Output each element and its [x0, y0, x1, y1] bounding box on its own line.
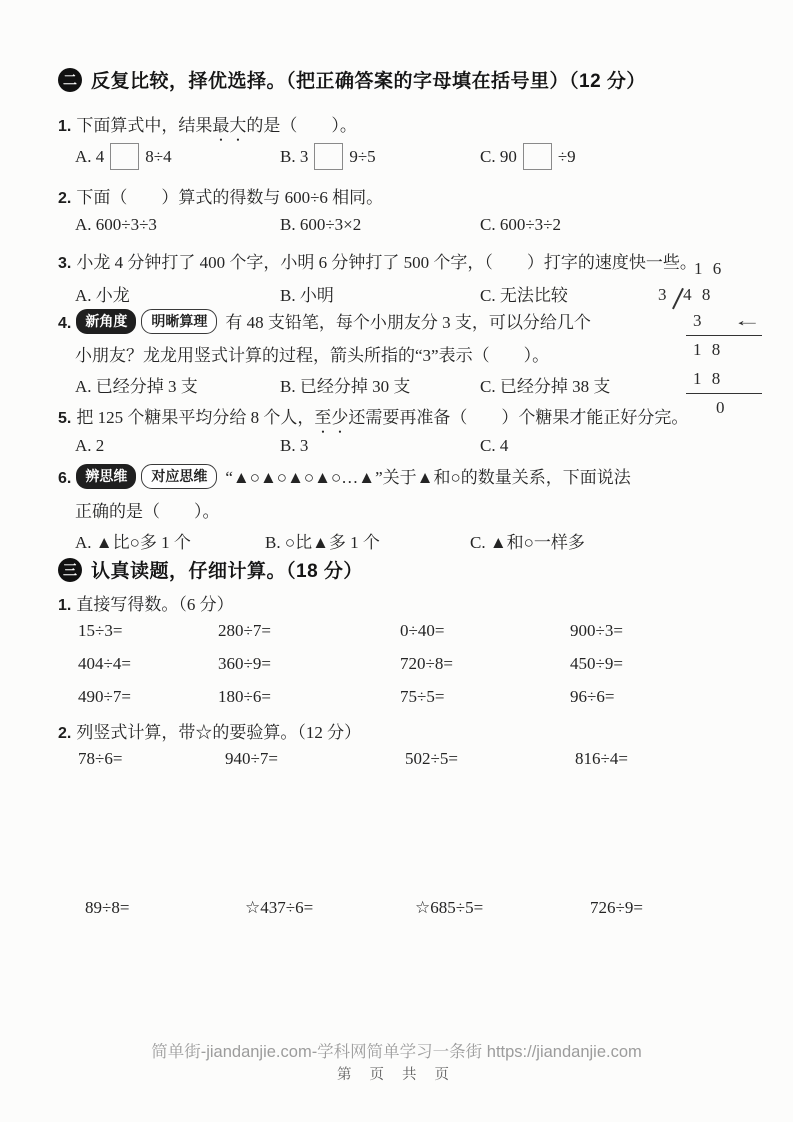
question-3-number: 3.	[58, 255, 71, 272]
worksheet-page: 二 反复比较，择优选择。（把正确答案的字母填在括号里）（12 分） 1.下面算式…	[0, 0, 793, 1122]
vertical-problem: 89÷8=	[85, 898, 245, 918]
question-1-option-c: C. 90÷9	[480, 143, 735, 173]
question-1: 1.下面算式中，结果最大的是（ ）。	[58, 111, 357, 145]
division-divisor: 3	[658, 282, 670, 308]
section-calc-header: 三 认真读题，仔细计算。（18 分）	[58, 556, 363, 583]
oral-calc-row-3: 490÷7= 180÷6= 75÷5= 96÷6=	[78, 687, 778, 707]
vertical-calc-number: 2.	[58, 725, 71, 742]
vertical-problem: ☆437÷6=	[245, 898, 415, 918]
question-6-number: 6.	[58, 470, 71, 487]
section-choice-title: 反复比较，择优选择。（把正确答案的字母填在括号里）（12 分）	[91, 66, 646, 93]
question-5-option-b: B. 3	[280, 436, 480, 456]
division-step1: 3 ←	[693, 308, 765, 334]
section-calc-title: 认真读题，仔细计算。（18 分）	[91, 556, 363, 583]
question-1-options: A. 48÷4 B. 39÷5 C. 90÷9	[75, 141, 735, 175]
vertical-calc-instruction: 2.列竖式计算，带☆的要验算。（12 分）	[58, 718, 361, 743]
question-3: 3.小龙 4 分钟打了 400 个字，小明 6 分钟打了 500 个字，（ ）打…	[58, 248, 697, 273]
footer-site-link: 简单街-jiandanjie.com-学科网简单学习一条街 https://ji…	[0, 1038, 793, 1062]
question-3-option-b: B. 小明	[280, 281, 480, 306]
vertical-problem: 726÷9=	[590, 898, 785, 918]
oral-calc-instruction: 1.直接写得数。（6 分）	[58, 590, 234, 615]
section-two-circle-icon: 二	[58, 68, 82, 92]
division-rule-line	[686, 393, 762, 394]
question-6-option-b: B. ○比▲多 1 个	[265, 528, 470, 553]
oral-problem: 450÷9=	[570, 654, 778, 674]
oral-problem: 15÷3=	[78, 621, 218, 641]
oral-problem: 280÷7=	[218, 621, 400, 641]
division-remainder: 0	[716, 395, 765, 421]
oral-problem: 404÷4=	[78, 654, 218, 674]
question-5-options: A. 2 B. 3 C. 4	[75, 436, 735, 456]
question-2-text: 下面（ ）算式的得数与 600÷6 相同。	[76, 188, 383, 207]
question-5-text: 把 125 个糖果平均分给 8 个人，至少还需要再准备（ ）个糖果才能正好分完。	[76, 408, 688, 427]
division-dividend: 4 8	[683, 282, 713, 308]
oral-problem: 96÷6=	[570, 687, 778, 707]
question-6-text-line1: “▲○▲○▲○▲○…▲”关于▲和○的数量关系，下面说法	[225, 468, 630, 487]
answer-box	[110, 143, 139, 170]
question-2-number: 2.	[58, 190, 71, 207]
oral-problem: 720÷8=	[400, 654, 570, 674]
question-2-option-b: B. 600÷3×2	[280, 215, 480, 235]
oral-problem: 360÷9=	[218, 654, 400, 674]
answer-box	[523, 143, 552, 170]
oral-problem: 0÷40=	[400, 621, 570, 641]
question-5-option-a: A. 2	[75, 436, 280, 456]
question-5-option-c: C. 4	[480, 436, 735, 456]
section-three-circle-icon: 三	[58, 558, 82, 582]
question-6-option-c: C. ▲和○一样多	[470, 528, 735, 553]
question-4-text-line1: 有 48 支铅笔，每个小朋友分 3 支，可以分给几个	[225, 313, 591, 332]
emphasis-text: 最大	[212, 116, 246, 135]
division-quotient: 1 6	[694, 256, 765, 282]
oral-problem: 75÷5=	[400, 687, 570, 707]
question-1-option-b: B. 39÷5	[280, 143, 480, 173]
question-6-option-a: A. ▲比○多 1 个	[75, 528, 265, 553]
question-4: 4.新角度明晰算理有 48 支铅笔，每个小朋友分 3 支，可以分给几个	[58, 308, 643, 334]
vertical-calc-row-1: 78÷6= 940÷7= 502÷5= 816÷4=	[78, 749, 778, 769]
oral-problem: 490÷7=	[78, 687, 218, 707]
badge-clear-reasoning: 明晰算理	[141, 309, 217, 334]
question-1-text: 下面算式中，结果最大的是（ ）。	[76, 116, 357, 135]
oral-problem: 180÷6=	[218, 687, 400, 707]
emphasis-text: 至少	[314, 408, 348, 427]
question-3-options: A. 小龙 B. 小明 C. 无法比较	[75, 281, 735, 306]
division-bracket-row: 3 4 8	[648, 282, 765, 308]
vertical-calc-text: 列竖式计算，带☆的要验算。（12 分）	[76, 723, 361, 742]
division-rule-line	[686, 335, 762, 336]
question-1-number: 1.	[58, 118, 71, 135]
oral-calc-text: 直接写得数。（6 分）	[76, 595, 233, 614]
oral-problem: 900÷3=	[570, 621, 778, 641]
question-2-options: A. 600÷3÷3 B. 600÷3×2 C. 600÷3÷2	[75, 215, 735, 235]
oral-calc-row-2: 404÷4= 360÷9= 720÷8= 450÷9=	[78, 654, 778, 674]
question-2-option-c: C. 600÷3÷2	[480, 215, 735, 235]
vertical-problem: 816÷4=	[575, 749, 778, 769]
question-3-text: 小龙 4 分钟打了 400 个字，小明 6 分钟打了 500 个字，（ ）打字的…	[76, 253, 697, 272]
question-5: 5.把 125 个糖果平均分给 8 个人，至少还需要再准备（ ）个糖果才能正好分…	[58, 403, 688, 437]
oral-calc-row-1: 15÷3= 280÷7= 0÷40= 900÷3=	[78, 621, 778, 641]
question-6-options: A. ▲比○多 1 个 B. ○比▲多 1 个 C. ▲和○一样多	[75, 528, 735, 553]
vertical-calc-row-2: 89÷8= ☆437÷6= ☆685÷5= 726÷9=	[85, 898, 785, 918]
question-3-option-a: A. 小龙	[75, 281, 280, 306]
question-2-option-a: A. 600÷3÷3	[75, 215, 280, 235]
question-4-option-b: B. 已经分掉 30 支	[280, 372, 480, 397]
badge-new-angle: 新角度	[76, 309, 136, 334]
vertical-problem: ☆685÷5=	[415, 898, 590, 918]
badge-discern-thinking: 辨思维	[76, 464, 136, 489]
division-bracket-icon	[672, 288, 684, 309]
question-4-line2: 小朋友？龙龙用竖式计算的过程，箭头所指的“3”表示（ ）。	[75, 341, 549, 366]
answer-box	[314, 143, 343, 170]
badge-mapping-thinking: 对应思维	[141, 464, 217, 489]
division-step2: 1 8	[693, 337, 765, 363]
question-4-text-line2: 小朋友？龙龙用竖式计算的过程，箭头所指的“3”表示（ ）。	[75, 346, 549, 365]
left-arrow-icon: ←	[733, 308, 765, 334]
vertical-problem: 502÷5=	[405, 749, 575, 769]
question-4-options: A. 已经分掉 3 支 B. 已经分掉 30 支 C. 已经分掉 38 支	[75, 372, 735, 397]
section-choice-header: 二 反复比较，择优选择。（把正确答案的字母填在括号里）（12 分）	[58, 66, 646, 93]
question-6: 6.辨思维对应思维“▲○▲○▲○▲○…▲”关于▲和○的数量关系，下面说法	[58, 463, 631, 489]
question-4-number: 4.	[58, 315, 71, 332]
vertical-problem: 940÷7=	[225, 749, 405, 769]
question-1-option-a: A. 48÷4	[75, 143, 280, 173]
question-2: 2.下面（ ）算式的得数与 600÷6 相同。	[58, 183, 383, 208]
question-6-text-line2: 正确的是（ ）。	[75, 502, 220, 521]
vertical-problem: 78÷6=	[78, 749, 225, 769]
oral-calc-number: 1.	[58, 597, 71, 614]
question-6-line2: 正确的是（ ）。	[75, 497, 220, 522]
long-division-figure: 1 6 3 4 8 3 ← 1 8 1 8 0	[648, 256, 765, 421]
question-5-number: 5.	[58, 410, 71, 427]
question-4-option-a: A. 已经分掉 3 支	[75, 372, 280, 397]
division-step3: 1 8	[693, 366, 765, 392]
footer-page-indicator: 第 页 共 页	[0, 1063, 793, 1084]
